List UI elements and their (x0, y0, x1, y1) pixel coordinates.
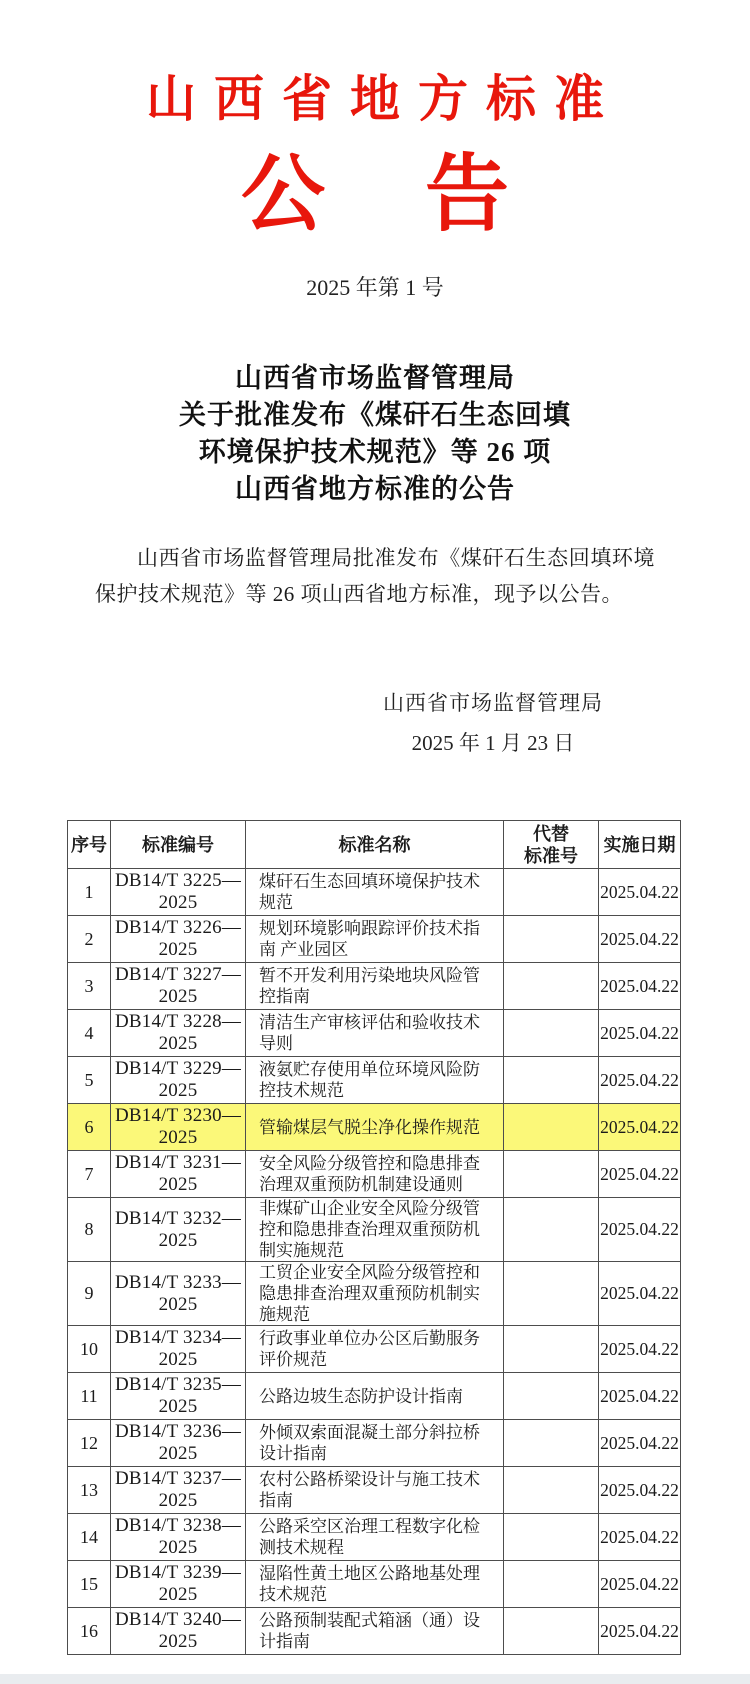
announcement-title: 山西省市场监督管理局 关于批准发布《煤矸石生态回填 环境保护技术规范》等 26 … (0, 360, 750, 508)
standard-name-cell: 煤矸石生态回填环境保护技术规范 (246, 869, 504, 916)
standard-name-cell: 公路采空区治理工程数字化检测技术规程 (246, 1514, 504, 1561)
standard-code-cell: DB14/T 3236—2025 (111, 1420, 246, 1467)
standard-name-cell: 农村公路桥梁设计与施工技术指南 (246, 1467, 504, 1514)
header-standard-code: 标准编号 (111, 821, 246, 869)
replaced-code-cell (504, 1326, 599, 1373)
standard-name-cell: 清洁生产审核评估和验收技术导则 (246, 1010, 504, 1057)
table-row: 11DB14/T 3235—2025公路边坡生态防护设计指南2025.04.22 (68, 1373, 681, 1420)
standard-name-cell: 外倾双索面混凝土部分斜拉桥设计指南 (246, 1420, 504, 1467)
standards-table: 序号 标准编号 标准名称 代替 标准号 实施日期 1DB14/T 3225—20… (67, 820, 681, 1655)
row-number-cell: 15 (68, 1561, 111, 1608)
replaced-code-cell (504, 963, 599, 1010)
standard-code-cell: DB14/T 3229—2025 (111, 1057, 246, 1104)
standard-code-cell: DB14/T 3239—2025 (111, 1561, 246, 1608)
replaced-code-cell (504, 1514, 599, 1561)
table-row: 10DB14/T 3234—2025行政事业单位办公区后勤服务评价规范2025.… (68, 1326, 681, 1373)
replaced-code-cell (504, 916, 599, 963)
table-row: 7DB14/T 3231—2025安全风险分级管控和隐患排查治理双重预防机制建设… (68, 1151, 681, 1198)
replaced-code-cell (504, 1057, 599, 1104)
implementation-date-cell: 2025.04.22 (599, 1467, 681, 1514)
announcement-title-line-1: 山西省市场监督管理局 (0, 360, 750, 397)
implementation-date-cell: 2025.04.22 (599, 1608, 681, 1655)
row-number-cell: 10 (68, 1326, 111, 1373)
standard-name-cell: 湿陷性黄土地区公路地基处理技术规范 (246, 1561, 504, 1608)
header-standard-name: 标准名称 (246, 821, 504, 869)
masthead-region-title: 山西省地方标准 (0, 70, 750, 128)
replaced-code-cell (504, 1608, 599, 1655)
implementation-date-cell: 2025.04.22 (599, 1151, 681, 1198)
standard-code-cell: DB14/T 3233—2025 (111, 1262, 246, 1326)
standard-code-cell: DB14/T 3237—2025 (111, 1467, 246, 1514)
row-number-cell: 3 (68, 963, 111, 1010)
standard-code-cell: DB14/T 3231—2025 (111, 1151, 246, 1198)
implementation-date-cell: 2025.04.22 (599, 1514, 681, 1561)
announcement-title-line-2: 关于批准发布《煤矸石生态回填 (0, 397, 750, 434)
header-replaced-code: 代替 标准号 (504, 821, 599, 869)
implementation-date-cell: 2025.04.22 (599, 1262, 681, 1326)
table-row: 2DB14/T 3226—2025规划环境影响跟踪评价技术指南 产业园区2025… (68, 916, 681, 963)
replaced-code-cell (504, 1010, 599, 1057)
table-row: 9DB14/T 3233—2025工贸企业安全风险分级管控和隐患排查治理双重预防… (68, 1262, 681, 1326)
standard-name-cell: 公路边坡生态防护设计指南 (246, 1373, 504, 1420)
row-number-cell: 6 (68, 1104, 111, 1151)
implementation-date-cell: 2025.04.22 (599, 1373, 681, 1420)
implementation-date-cell: 2025.04.22 (599, 1198, 681, 1262)
replaced-code-cell (504, 1420, 599, 1467)
standard-code-cell: DB14/T 3225—2025 (111, 869, 246, 916)
signature-date: 2025 年 1 月 23 日 (378, 722, 608, 764)
replaced-code-cell (504, 1373, 599, 1420)
standard-code-cell: DB14/T 3230—2025 (111, 1104, 246, 1151)
implementation-date-cell: 2025.04.22 (599, 963, 681, 1010)
replaced-code-cell (504, 1151, 599, 1198)
table-row: 4DB14/T 3228—2025清洁生产审核评估和验收技术导则2025.04.… (68, 1010, 681, 1057)
implementation-date-cell: 2025.04.22 (599, 1104, 681, 1151)
row-number-cell: 2 (68, 916, 111, 963)
row-number-cell: 12 (68, 1420, 111, 1467)
table-header-row: 序号 标准编号 标准名称 代替 标准号 实施日期 (68, 821, 681, 869)
announcement-title-line-3: 环境保护技术规范》等 26 项 (0, 434, 750, 471)
replaced-code-cell (504, 1561, 599, 1608)
standard-name-cell: 管输煤层气脱尘净化操作规范 (246, 1104, 504, 1151)
row-number-cell: 7 (68, 1151, 111, 1198)
replaced-code-cell (504, 1104, 599, 1151)
row-number-cell: 14 (68, 1514, 111, 1561)
table-row: 5DB14/T 3229—2025液氨贮存使用单位环境风险防控技术规范2025.… (68, 1057, 681, 1104)
table-row: 6DB14/T 3230—2025管输煤层气脱尘净化操作规范2025.04.22 (68, 1104, 681, 1151)
masthead-doc-type: 公告 (0, 148, 750, 244)
table-row: 8DB14/T 3232—2025非煤矿山企业安全风险分级管控和隐患排查治理双重… (68, 1198, 681, 1262)
issue-number: 2025 年第 1 号 (0, 274, 750, 302)
bottom-edge-strip (0, 1674, 750, 1684)
announcement-body-paragraph: 山西省市场监督管理局批准发布《煤矸石生态回填环境保护技术规范》等 26 项山西省… (95, 540, 655, 612)
row-number-cell: 8 (68, 1198, 111, 1262)
standard-code-cell: DB14/T 3232—2025 (111, 1198, 246, 1262)
implementation-date-cell: 2025.04.22 (599, 1057, 681, 1104)
row-number-cell: 5 (68, 1057, 111, 1104)
signature-organization: 山西省市场监督管理局 (378, 684, 608, 722)
standards-table-body: 1DB14/T 3225—2025煤矸石生态回填环境保护技术规范2025.04.… (68, 869, 681, 1655)
row-number-cell: 4 (68, 1010, 111, 1057)
signature-block: 山西省市场监督管理局 2025 年 1 月 23 日 (378, 684, 608, 764)
row-number-cell: 1 (68, 869, 111, 916)
standard-name-cell: 液氨贮存使用单位环境风险防控技术规范 (246, 1057, 504, 1104)
standard-code-cell: DB14/T 3235—2025 (111, 1373, 246, 1420)
standard-name-cell: 行政事业单位办公区后勤服务评价规范 (246, 1326, 504, 1373)
row-number-cell: 11 (68, 1373, 111, 1420)
replaced-code-cell (504, 1467, 599, 1514)
implementation-date-cell: 2025.04.22 (599, 1561, 681, 1608)
standards-table-header: 序号 标准编号 标准名称 代替 标准号 实施日期 (68, 821, 681, 869)
replaced-code-cell (504, 1198, 599, 1262)
standard-name-cell: 安全风险分级管控和隐患排查治理双重预防机制建设通则 (246, 1151, 504, 1198)
standard-name-cell: 工贸企业安全风险分级管控和隐患排查治理双重预防机制实施规范 (246, 1262, 504, 1326)
table-row: 12DB14/T 3236—2025外倾双索面混凝土部分斜拉桥设计指南2025.… (68, 1420, 681, 1467)
standard-code-cell: DB14/T 3227—2025 (111, 963, 246, 1010)
row-number-cell: 13 (68, 1467, 111, 1514)
implementation-date-cell: 2025.04.22 (599, 869, 681, 916)
standard-code-cell: DB14/T 3234—2025 (111, 1326, 246, 1373)
table-row: 3DB14/T 3227—2025暂不开发利用污染地块风险管控指南2025.04… (68, 963, 681, 1010)
row-number-cell: 16 (68, 1608, 111, 1655)
replaced-code-cell (504, 869, 599, 916)
implementation-date-cell: 2025.04.22 (599, 1326, 681, 1373)
announcement-page: { "colors": { "accent_red": "#e8170c", "… (0, 0, 750, 1684)
table-row: 15DB14/T 3239—2025湿陷性黄土地区公路地基处理技术规范2025.… (68, 1561, 681, 1608)
header-row-number: 序号 (68, 821, 111, 869)
table-row: 14DB14/T 3238—2025公路采空区治理工程数字化检测技术规程2025… (68, 1514, 681, 1561)
standard-code-cell: DB14/T 3226—2025 (111, 916, 246, 963)
standard-name-cell: 暂不开发利用污染地块风险管控指南 (246, 963, 504, 1010)
standard-name-cell: 公路预制装配式箱涵（通）设计指南 (246, 1608, 504, 1655)
standard-name-cell: 规划环境影响跟踪评价技术指南 产业园区 (246, 916, 504, 963)
replaced-code-cell (504, 1262, 599, 1326)
table-row: 13DB14/T 3237—2025农村公路桥梁设计与施工技术指南2025.04… (68, 1467, 681, 1514)
table-row: 16DB14/T 3240—2025公路预制装配式箱涵（通）设计指南2025.0… (68, 1608, 681, 1655)
implementation-date-cell: 2025.04.22 (599, 916, 681, 963)
standard-name-cell: 非煤矿山企业安全风险分级管控和隐患排查治理双重预防机制实施规范 (246, 1198, 504, 1262)
table-row: 1DB14/T 3225—2025煤矸石生态回填环境保护技术规范2025.04.… (68, 869, 681, 916)
header-implementation-date: 实施日期 (599, 821, 681, 869)
row-number-cell: 9 (68, 1262, 111, 1326)
announcement-title-line-4: 山西省地方标准的公告 (0, 471, 750, 508)
standard-code-cell: DB14/T 3228—2025 (111, 1010, 246, 1057)
implementation-date-cell: 2025.04.22 (599, 1010, 681, 1057)
standard-code-cell: DB14/T 3238—2025 (111, 1514, 246, 1561)
standard-code-cell: DB14/T 3240—2025 (111, 1608, 246, 1655)
implementation-date-cell: 2025.04.22 (599, 1420, 681, 1467)
